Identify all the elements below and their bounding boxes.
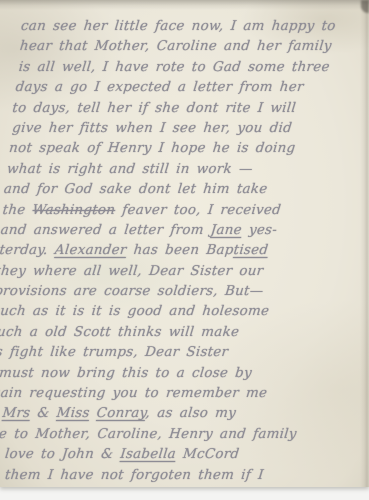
letter-text-segment: I must now bring this to a close by [0,366,253,381]
letter-text-segment: , as also my [145,406,237,421]
letter-text-segment: to days, tell her if she dont rite I wil… [12,101,297,116]
letter-line: is all well, I have rote to Gad some thr… [18,58,366,78]
letter-line: such a old Scott thinks will make [0,323,337,343]
letter-text-segment: can see her little face now, I am happy … [20,19,336,34]
letter-line: and answered a letter from Jane yes- [0,221,348,241]
letter-text-segment: such as it is it is good and holesome [0,304,270,319]
letter-line: can see her little face now, I am happy … [20,17,368,37]
scanned-letter: can see her little face now, I am happy … [0,0,369,500]
letter-line: again requesting you to remember me [0,384,330,404]
letter-paper: can see her little face now, I am happy … [0,0,369,487]
letter-text-segment: McCord [175,447,240,462]
letter-line: my love to John & Isabella McCord [0,445,324,465]
letter-line: days a go I expected a letter from her [14,78,362,98]
letter-line: what is right and still in work — [6,160,354,180]
letter-text-segment: the [2,203,33,218]
letter-line: hear that Mother, Caroline and her famil… [19,37,367,57]
letter-line: us fight like trumps, Dear Sister [0,343,334,363]
letter-text-segment: feaver too, I received [114,203,281,218]
letter-text-segment: my love to John & [0,447,121,462]
letter-line: such as it is it is good and holesome [0,302,340,322]
letter-line: not speak of Henry I hope he is doing [8,139,356,159]
letter-text-segment: love to Mother, Caroline, Henry and fami… [0,427,297,442]
letter-text-segment: & [29,406,57,421]
letter-text-segment: days a go I expected a letter from her [15,80,305,95]
letter-line: provisions are coarse soldiers, But— [0,282,341,302]
letter-text-segment: they where all well, Dear Sister our [0,264,264,279]
letter-text-segment: not speak of Henry I hope he is doing [8,141,296,156]
letter-text-segment: provisions are coarse soldiers, But— [0,284,264,299]
letter-line: tell them I have not forgoten them if I [0,466,322,486]
letter-text-segment: has been Bap [126,243,235,258]
letter-text-segment: give her fitts when I see her, you did [11,121,292,136]
letter-line: love to Mother, Caroline, Henry and fami… [0,425,325,445]
underlined-word: Conray [96,406,146,421]
letter-text-segment: hear that Mother, Caroline and her famil… [19,39,332,54]
underlined-word: Jane [210,223,243,238]
letter-text-segment: again requesting you to remember me [0,386,268,401]
letter-line: to days, tell her if she dont rite I wil… [11,99,359,119]
paper-corner-mark [361,0,369,13]
letter-line: give her fitts when I see her, you did [11,119,359,139]
letter-line: terday. Alexander has been Baptised [0,241,346,261]
letter-text-segment: and for God sake dont let him take [3,182,268,197]
letter-text-segment: such a old Scott thinks will make [0,325,240,340]
paper-top-edge-shadow [0,0,369,10]
letter-body-text: can see her little face now, I am happy … [0,17,369,486]
letter-line: and for God sake dont let him take [3,180,351,200]
underlined-word: Miss [56,406,91,421]
letter-text-segment: and answered a letter from [0,223,212,238]
underlined-word: tised [233,243,269,258]
letter-line: they where all well, Dear Sister our [0,262,342,282]
underlined-word: Isabella [120,447,177,462]
letter-text-segment: what is right and still in work — [6,162,253,177]
letter-line: I must now bring this to a close by [0,364,334,384]
underlined-word: Mrs [2,406,31,421]
underlined-word: Washington [32,203,116,218]
underlined-word: Alexander [54,243,127,258]
letter-line: the Washington feaver too, I received [2,201,350,221]
letter-text-segment: is all well, I have rote to Gad some thr… [18,60,331,75]
letter-line: to Mrs & Miss Conray, as also my [0,404,328,424]
letter-text-segment: terday. [0,243,56,258]
letter-text-segment: tell them I have not forgoten them if I [0,468,264,483]
letter-text-segment: us fight like trumps, Dear Sister [0,345,229,360]
letter-text-segment: yes- [241,223,278,238]
